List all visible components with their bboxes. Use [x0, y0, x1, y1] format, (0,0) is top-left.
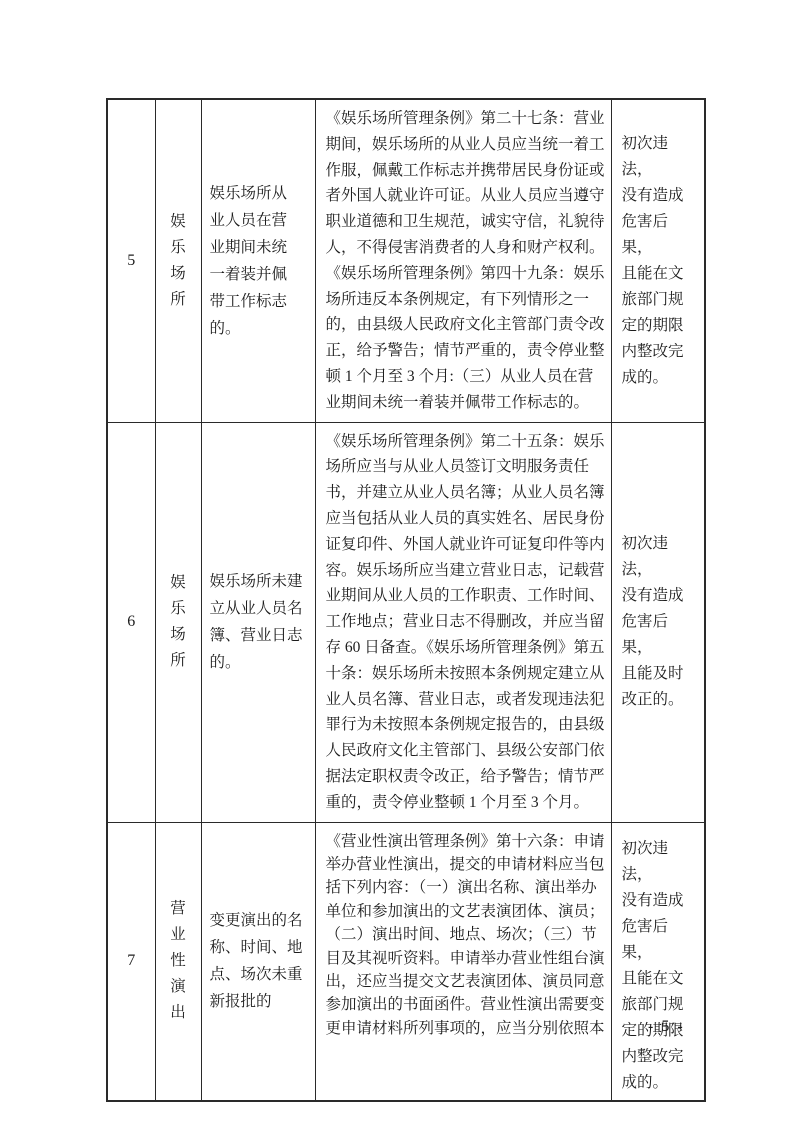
legal-basis-cell: 《娱乐场所管理条例》第二十五条：娱乐 场所应当与从业人员签订文明服务责任 书，并…	[315, 422, 611, 822]
row-number-cell: 6	[107, 422, 155, 822]
row-number-cell: 5	[107, 99, 155, 422]
violation-cell: 娱乐场所未建 立从业人员名 簿、营业日志 的。	[201, 422, 315, 822]
category-cell: 娱 乐 场 所	[155, 422, 201, 822]
category-cell: 营 业 性 演 出	[155, 822, 201, 1101]
condition-cell: 初次违法， 没有造成 危害后果， 且能及时 改正的。	[611, 422, 705, 822]
table-row: 5 娱 乐 场 所 娱乐场所从 业人员在营 业期间未统 一着装并佩 带工作标志 …	[107, 99, 705, 422]
row-number-cell: 7	[107, 822, 155, 1101]
category-cell: 娱 乐 场 所	[155, 99, 201, 422]
condition-cell: 初次违法， 没有造成 危害后果， 且能在文 旅部门规 定的期限 内整改完 成的。	[611, 822, 705, 1101]
regulation-table: 5 娱 乐 场 所 娱乐场所从 业人员在营 业期间未统 一着装并佩 带工作标志 …	[106, 98, 706, 1102]
table-row: 6 娱 乐 场 所 娱乐场所未建 立从业人员名 簿、营业日志 的。 《娱乐场所管…	[107, 422, 705, 822]
legal-basis-cell: 《营业性演出管理条例》第十六条：申请 举办营业性演出，提交的申请材料应当包 括下…	[315, 822, 611, 1101]
legal-basis-cell: 《娱乐场所管理条例》第二十七条：营业 期间，娱乐场所的从业人员应当统一着工 作服…	[315, 99, 611, 422]
document-page: 5 娱 乐 场 所 娱乐场所从 业人员在营 业期间未统 一着装并佩 带工作标志 …	[0, 0, 793, 1122]
page-number: - 5 -	[648, 1018, 685, 1036]
table-row: 7 营 业 性 演 出 变更演出的名 称、时间、地 点、场次未重 新报批的 《营…	[107, 822, 705, 1101]
violation-cell: 变更演出的名 称、时间、地 点、场次未重 新报批的	[201, 822, 315, 1101]
violation-cell: 娱乐场所从 业人员在营 业期间未统 一着装并佩 带工作标志 的。	[201, 99, 315, 422]
condition-cell: 初次违法， 没有造成 危害后果， 且能在文 旅部门规 定的期限 内整改完 成的。	[611, 99, 705, 422]
